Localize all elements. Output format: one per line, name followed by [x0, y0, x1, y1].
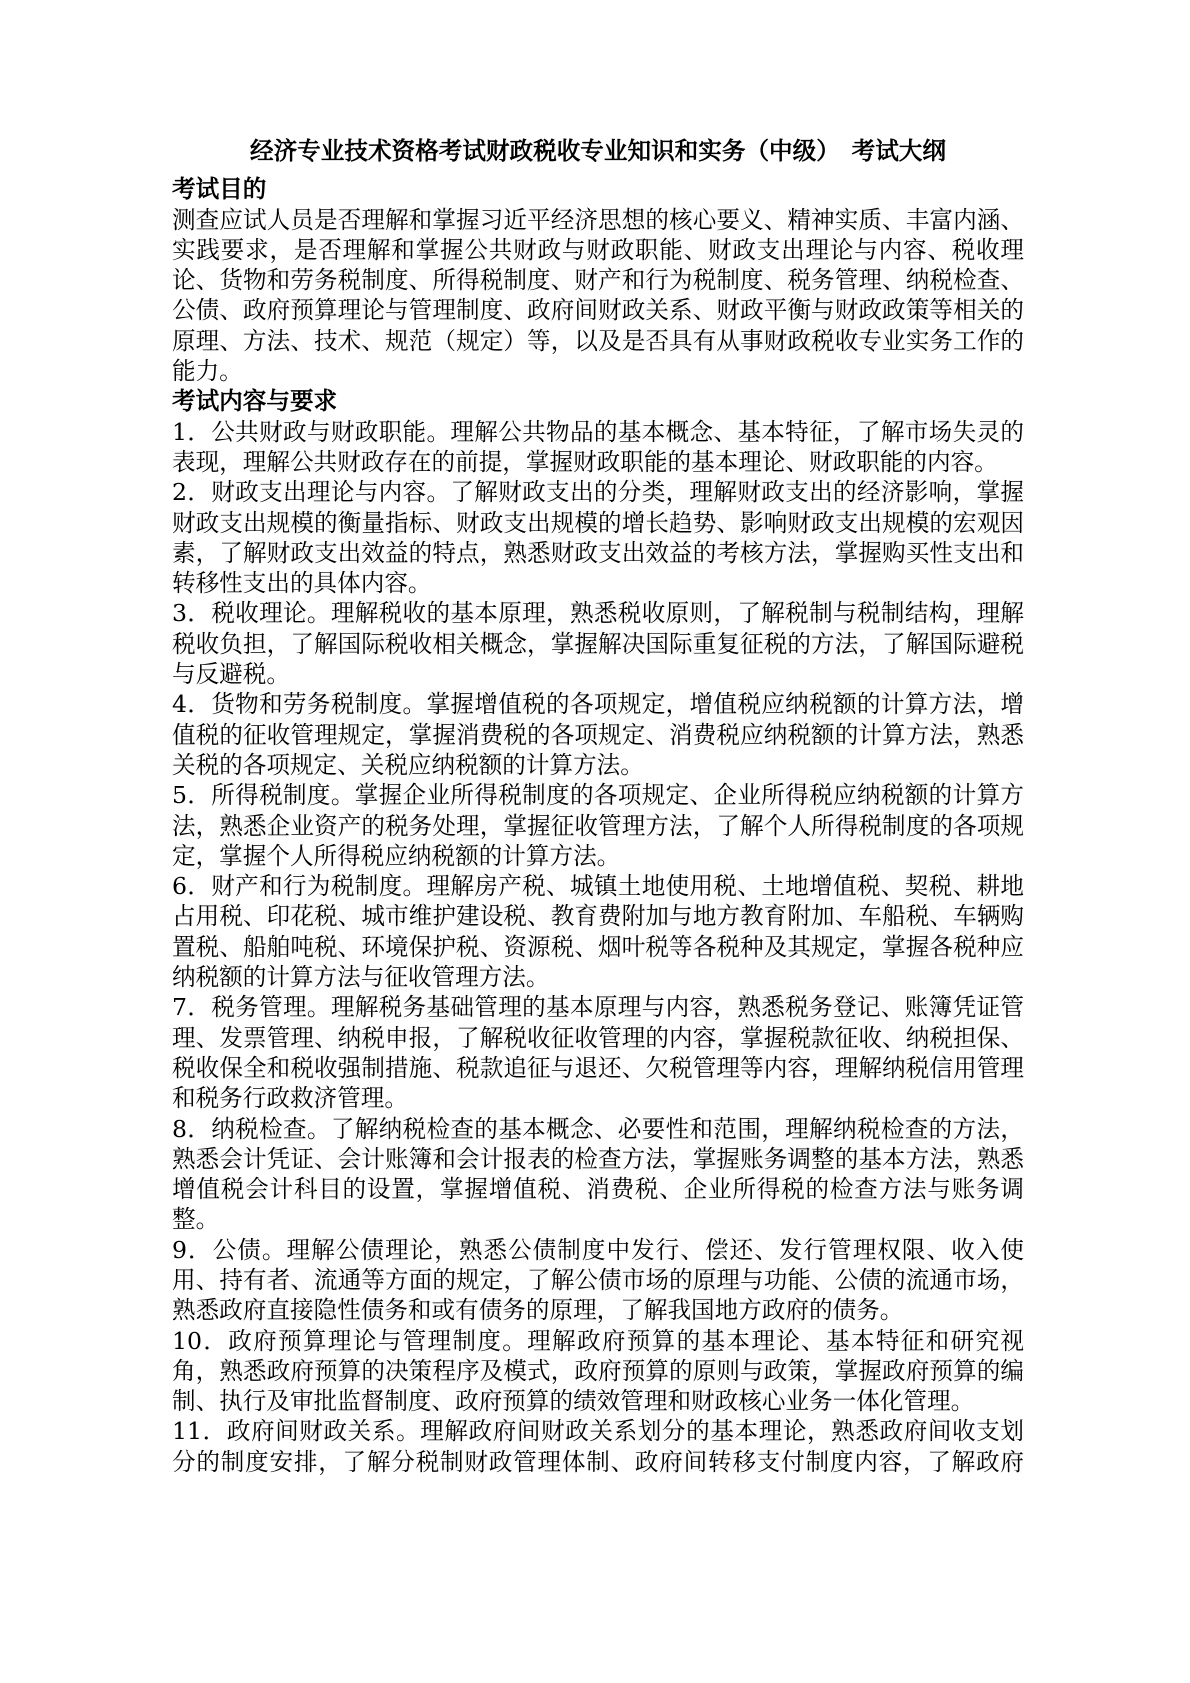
syllabus-item-2: 2．财政支出理论与内容。了解财政支出的分类，理解财政支出的经济影响，掌握财政支出…	[172, 477, 1024, 598]
syllabus-item-6: 6．财产和行为税制度。理解房产税、城镇土地使用税、土地增值税、契税、耕地占用税、…	[172, 871, 1024, 992]
section-heading-exam-purpose: 考试目的	[172, 174, 1024, 204]
syllabus-item-5: 5．所得税制度。掌握企业所得税制度的各项规定、企业所得税应纳税额的计算方法，熟悉…	[172, 780, 1024, 871]
syllabus-item-4: 4．货物和劳务税制度。掌握增值税的各项规定，增值税应纳税额的计算方法，增值税的征…	[172, 689, 1024, 780]
syllabus-item-11: 11．政府间财政关系。理解政府间财政关系划分的基本理论，熟悉政府间收支划分的制度…	[172, 1416, 1024, 1477]
document-title: 经济专业技术资格考试财政税收专业知识和实务（中级） 考试大纲	[172, 136, 1024, 166]
document-page: 经济专业技术资格考试财政税收专业知识和实务（中级） 考试大纲 考试目的 测查应试…	[0, 0, 1190, 1683]
paragraph-exam-purpose: 测查应试人员是否理解和掌握习近平经济思想的核心要义、精神实质、丰富内涵、实践要求…	[172, 205, 1024, 387]
syllabus-item-8: 8．纳税检查。了解纳税检查的基本概念、必要性和范围，理解纳税检查的方法，熟悉会计…	[172, 1114, 1024, 1235]
syllabus-item-10: 10．政府预算理论与管理制度。理解政府预算的基本理论、基本特征和研究视角，熟悉政…	[172, 1326, 1024, 1417]
syllabus-item-7: 7．税务管理。理解税务基础管理的基本原理与内容，熟悉税务登记、账簿凭证管理、发票…	[172, 992, 1024, 1113]
syllabus-item-1: 1．公共财政与财政职能。理解公共物品的基本概念、基本特征，了解市场失灵的表现，理…	[172, 417, 1024, 478]
syllabus-item-3: 3．税收理论。理解税收的基本原理，熟悉税收原则，了解税制与税制结构，理解税收负担…	[172, 598, 1024, 689]
syllabus-item-9: 9．公债。理解公债理论，熟悉公债制度中发行、偿还、发行管理权限、收入使用、持有者…	[172, 1235, 1024, 1326]
document-content: 经济专业技术资格考试财政税收专业知识和实务（中级） 考试大纲 考试目的 测查应试…	[172, 136, 1024, 1477]
section-heading-exam-content: 考试内容与要求	[172, 386, 1024, 416]
